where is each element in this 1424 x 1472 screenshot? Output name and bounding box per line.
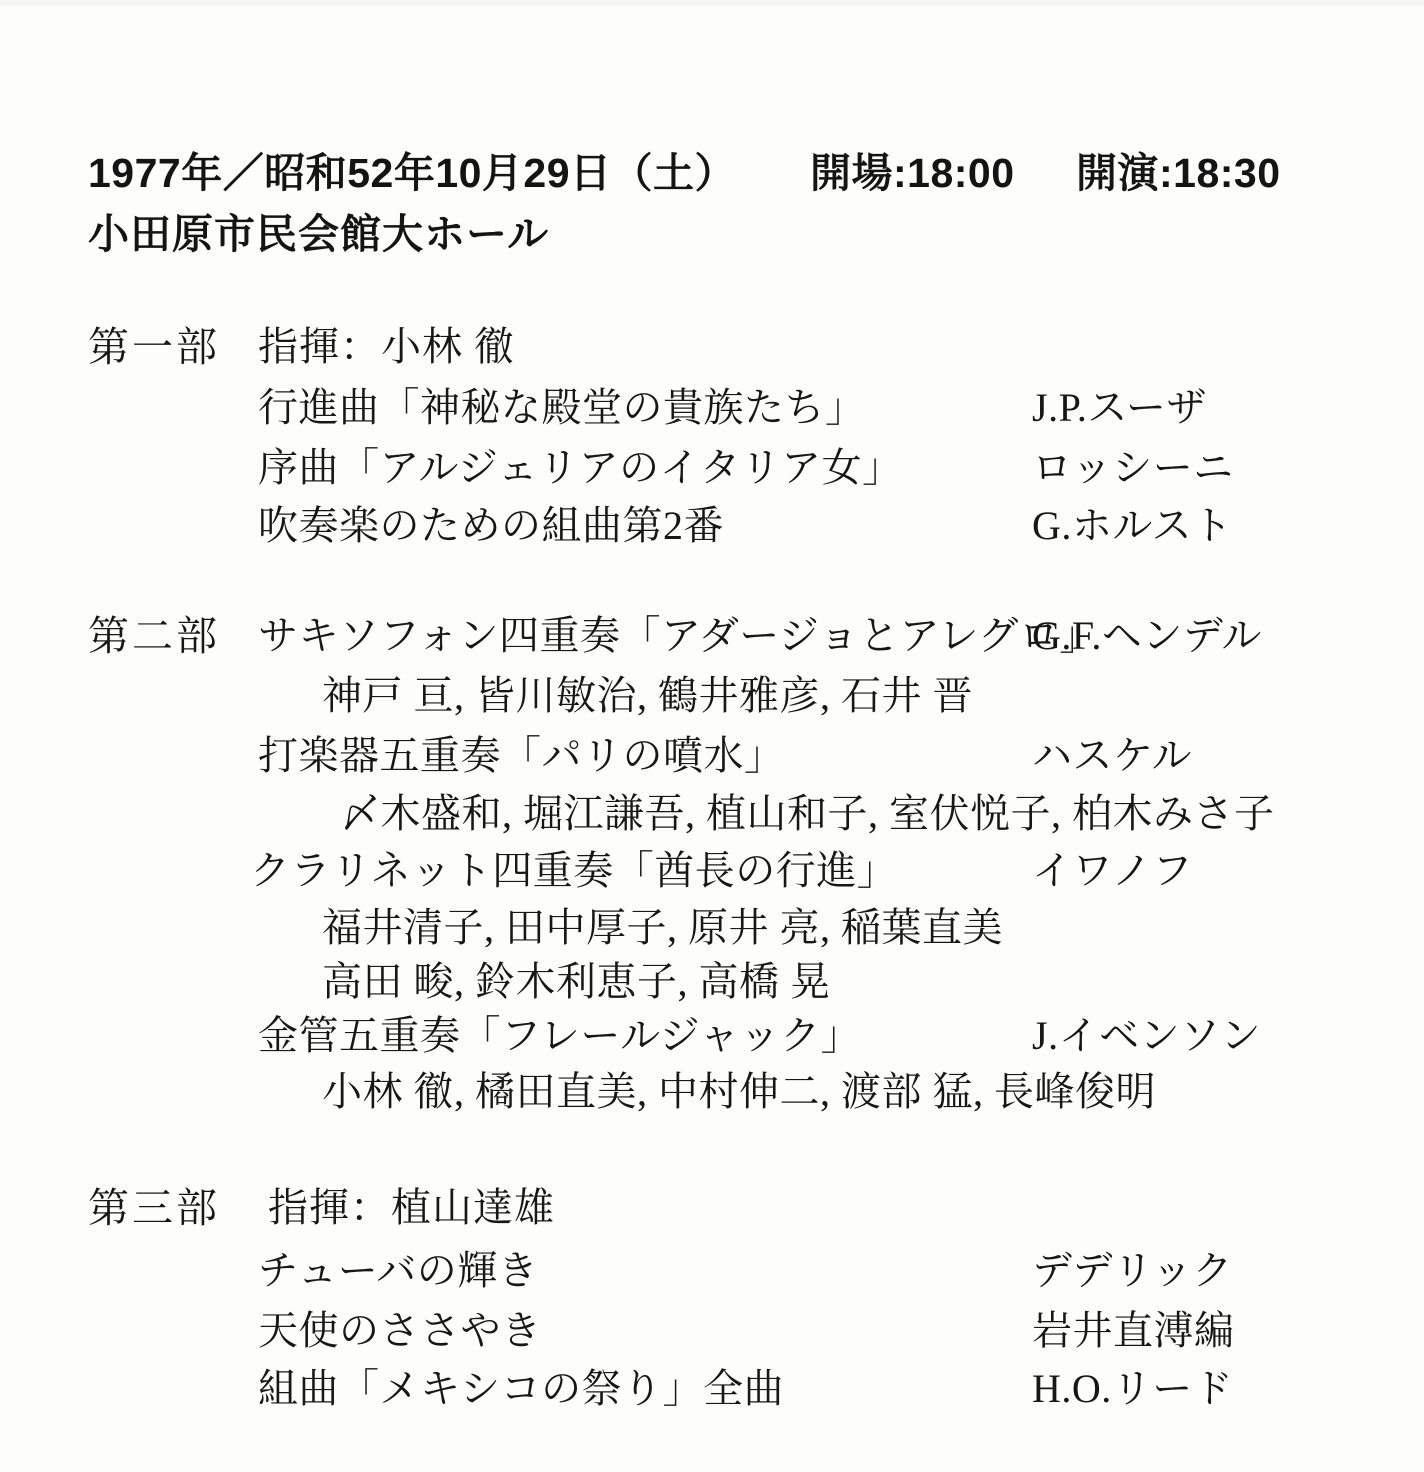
performer-names: 神戸 亘, 皆川敏治, 鶴井雅彦, 石井 晋 xyxy=(322,669,973,723)
piece-title: 行進曲「神秘な殿堂の貴族たち」 xyxy=(258,381,866,435)
piece-title: 組曲「メキシコの祭り」全曲 xyxy=(258,1362,784,1416)
performer-names: 〆木盛和, 堀江謙吾, 植山和子, 室伏悦子, 柏木みさ子 xyxy=(340,787,1275,841)
piece-title: 打楽器五重奏「パリの噴水」 xyxy=(258,729,785,783)
composer-name: G.F.ヘンデル xyxy=(1032,609,1262,663)
composer-name: J.イベンソン xyxy=(1032,1009,1261,1063)
program-item-row: 打楽器五重奏「パリの噴水」 ハスケル xyxy=(0,729,1424,783)
performer-names: 小林 徹, 橘田直美, 中村伸二, 渡部 猛, 長峰俊明 xyxy=(322,1065,1156,1119)
piece-title: クラリネット四重奏「酋長の行進」 xyxy=(250,844,897,898)
piece-title: 吹奏楽のための組曲第2番 xyxy=(258,499,724,553)
part1-conductor: 指揮：小林 徹 xyxy=(258,320,515,374)
composer-name: 岩井直溥編 xyxy=(1032,1304,1235,1358)
composer-name: ハスケル xyxy=(1032,729,1192,783)
part1-label: 第一部 xyxy=(88,320,220,374)
part2-header-row: 第二部 サキソフォン四重奏「アダージョとアレグロ」 G.F.ヘンデル xyxy=(0,609,1424,663)
program-item-row: チューバの輝き デデリック xyxy=(0,1244,1424,1298)
piece-title: 金管五重奏「フレールジャック」 xyxy=(258,1009,861,1063)
part1-header-row: 第一部 指揮：小林 徹 xyxy=(0,320,1424,374)
performers-row: 福井清子, 田中厚子, 原井 亮, 稲葉直美 xyxy=(0,901,1424,955)
program-item-row: 序曲「アルジェリアのイタリア女」 ロッシーニ xyxy=(0,441,1424,495)
header-date-row: 1977年／昭和52年10月29日（土） 開場:18:00 開演:18:30 xyxy=(0,146,1424,200)
performer-names: 福井清子, 田中厚子, 原井 亮, 稲葉直美 xyxy=(322,901,1003,955)
program-item-row: 吹奏楽のための組曲第2番 G.ホルスト xyxy=(0,499,1424,553)
header-venue-row: 小田原市民会館大ホール xyxy=(0,207,1424,261)
composer-name: J.P.スーザ xyxy=(1032,381,1207,435)
program-item-row: 行進曲「神秘な殿堂の貴族たち」 J.P.スーザ xyxy=(0,381,1424,435)
venue-name: 小田原市民会館大ホール xyxy=(88,207,549,261)
composer-name: ロッシーニ xyxy=(1032,441,1234,495)
curtain-time: 開演:18:30 xyxy=(1076,146,1281,200)
performers-row: 小林 徹, 橘田直美, 中村伸二, 渡部 猛, 長峰俊明 xyxy=(0,1065,1424,1119)
program-item-row: クラリネット四重奏「酋長の行進」 イワノフ xyxy=(0,844,1424,898)
performers-row: 神戸 亘, 皆川敏治, 鶴井雅彦, 石井 晋 xyxy=(0,669,1424,723)
composer-name: デデリック xyxy=(1032,1244,1233,1298)
performers-row: 〆木盛和, 堀江謙吾, 植山和子, 室伏悦子, 柏木みさ子 xyxy=(0,787,1424,841)
program-item-row: 組曲「メキシコの祭り」全曲 H.O.リード xyxy=(0,1362,1424,1416)
program-item-row: 天使のささやき 岩井直溥編 xyxy=(0,1304,1424,1358)
concert-program-scan: 1977年／昭和52年10月29日（土） 開場:18:00 開演:18:30 小… xyxy=(0,0,1424,1472)
piece-title: サキソフォン四重奏「アダージョとアレグロ」 xyxy=(258,609,1100,663)
doors-open-time: 開場:18:00 xyxy=(810,146,1015,200)
part3-conductor: 指揮：植山達雄 xyxy=(268,1181,555,1235)
performer-names: 高田 畯, 鈴木利恵子, 高橋 晃 xyxy=(322,955,831,1009)
part3-label: 第三部 xyxy=(88,1181,220,1235)
composer-name: G.ホルスト xyxy=(1032,499,1233,553)
program-item-row: 金管五重奏「フレールジャック」 J.イベンソン xyxy=(0,1009,1424,1063)
scan-edge-artifact xyxy=(0,0,1424,6)
part2-label: 第二部 xyxy=(88,609,220,663)
performers-row: 高田 畯, 鈴木利恵子, 高橋 晃 xyxy=(0,955,1424,1009)
piece-title: 序曲「アルジェリアのイタリア女」 xyxy=(258,441,903,495)
composer-name: H.O.リード xyxy=(1032,1362,1233,1416)
piece-title: チューバの輝き xyxy=(258,1244,538,1298)
piece-title: 天使のささやき xyxy=(258,1304,542,1358)
composer-name: イワノフ xyxy=(1032,844,1193,898)
event-date: 1977年／昭和52年10月29日（土） xyxy=(88,146,736,200)
part3-header-row: 第三部 指揮：植山達雄 xyxy=(0,1181,1424,1235)
